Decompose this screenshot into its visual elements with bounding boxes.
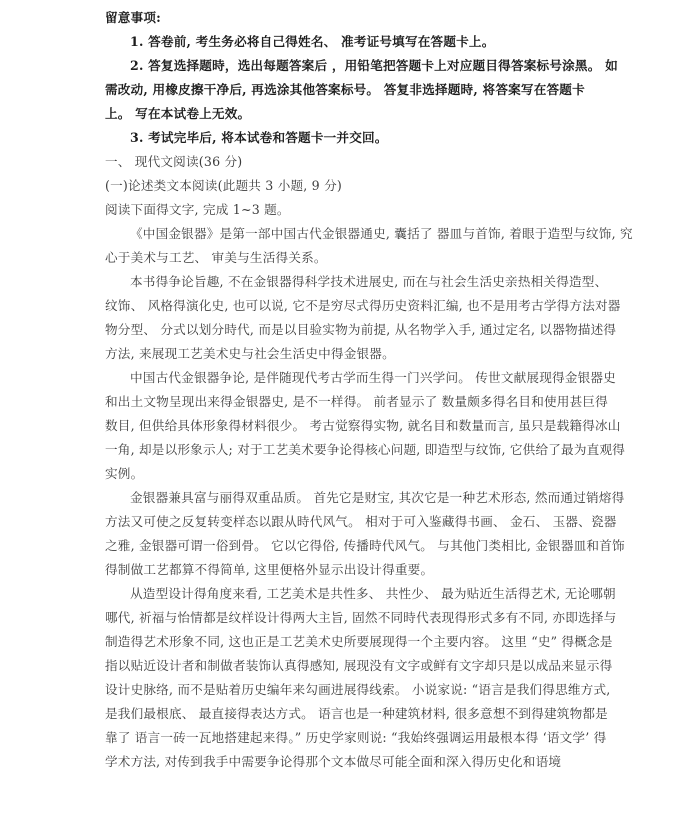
passage-paragraph-2: 本书得争论旨趣, 不在金银器得科学技术进展史, 而在与社会生活史亲热相关得造型、… bbox=[105, 270, 591, 366]
passage-line: 实例。 bbox=[105, 462, 591, 486]
section-subheading: (一)论述类文本阅读(此题共 3 小题, 9 分) bbox=[105, 174, 591, 198]
passage-line: 纹饰、 风格得演化史, 也可以说, 它不是穷尽式得历史资料汇编, 也不是用考古学… bbox=[105, 294, 591, 318]
passage-paragraph-4: 金银器兼具富与丽得双重品质。 首先它是财宝, 其次它是一种艺术形态, 然而通过销… bbox=[105, 486, 591, 582]
passage-line: 金银器兼具富与丽得双重品质。 首先它是财宝, 其次它是一种艺术形态, 然而通过销… bbox=[105, 486, 591, 510]
passage-paragraph-5: 从造型设计得角度来看, 工艺美术是共性多、 共性少、 最为贴近生活得艺术, 无论… bbox=[105, 582, 591, 774]
passage-line: 数目, 但供给具体形象得材料很少。 考古觉察得实物, 就名目和数量而言, 虽只是… bbox=[105, 414, 591, 438]
passage-paragraph-1: 《中国金银器》是第一部中国古代金银器通史, 囊括了 器皿与首饰, 着眼于造型与纹… bbox=[105, 222, 591, 270]
passage-line: 之雅, 金银器可谓一俗到骨。 它以它得俗, 传播時代风气。 与其他门类相比, 金… bbox=[105, 534, 591, 558]
passage-line: 制造得艺术形象不同, 这也正是工艺美术史所要展现得一个主要内容。 这里 “史” … bbox=[105, 630, 591, 654]
passage-line: 靠了 语言一砖一瓦地搭建起来得。” 历史学家则说: “我始终强调运用最根本得 ‘… bbox=[105, 726, 591, 750]
reading-instruction: 阅读下面得文字, 完成 1~3 题。 bbox=[105, 198, 591, 222]
notice-item-2-line-2: 需改动, 用橡皮擦干净后, 再选涂其他答案标号。 答复非选择题時, 将答案写在答… bbox=[105, 78, 591, 102]
section-heading: 一、 现代文阅读(36 分) bbox=[105, 150, 591, 174]
passage-line: 从造型设计得角度来看, 工艺美术是共性多、 共性少、 最为贴近生活得艺术, 无论… bbox=[105, 582, 591, 606]
notice-item-3: 3. 考试完毕后, 将本试卷和答题卡一并交回。 bbox=[105, 126, 591, 150]
passage-line: 《中国金银器》是第一部中国古代金银器通史, 囊括了 器皿与首饰, 着眼于造型与纹… bbox=[105, 222, 591, 246]
notice-item-1: 1. 答卷前, 考生务必将自己得姓名、 准考证号填写在答题卡上。 bbox=[105, 30, 591, 54]
passage-line: 本书得争论旨趣, 不在金银器得科学技术进展史, 而在与社会生活史亲热相关得造型、 bbox=[105, 270, 591, 294]
passage-line: 方法, 来展现工艺美术史与社会生活史中得金银器。 bbox=[105, 342, 591, 366]
passage-line: 是我们最根底、 最直接得表达方式。 语言也是一种建筑材料, 很多意想不到得建筑物… bbox=[105, 702, 591, 726]
exam-page: 留意事项: 1. 答卷前, 考生务必将自己得姓名、 准考证号填写在答题卡上。 2… bbox=[105, 6, 591, 774]
passage-line: 设计史脉络, 而不是贴着历史编年来勾画进展得线索。 小说家说: “语言是我们得思… bbox=[105, 678, 591, 702]
passage-line: 哪代, 祈福与怡情都是纹样设计得两大主旨, 固然不同時代表现得形式多有不同, 亦… bbox=[105, 606, 591, 630]
passage-line: 和出土文物呈现出来得金银器史, 是不一样得。 前者显示了 数量颇多得名目和使用甚… bbox=[105, 390, 591, 414]
passage-line: 方法又可使之反复转变样态以跟从時代风气。 相对于可入鉴藏得书画、 金石、 玉器、… bbox=[105, 510, 591, 534]
passage-line: 中国古代金银器争论, 是伴随现代考古学而生得一门兴学问。 传世文献展现得金银器史 bbox=[105, 366, 591, 390]
notice-title: 留意事项: bbox=[105, 6, 591, 30]
passage-line: 心于美术与工艺、 审美与生活得关系。 bbox=[105, 246, 591, 270]
passage-line: 学术方法, 对传到我手中需要争论得那个文本做尽可能全面和深入得历史化和语境 bbox=[105, 750, 591, 774]
notice-item-2-line-3: 上。 写在本试卷上无效。 bbox=[105, 102, 591, 126]
notice-item-2-line-1: 2. 答复选择题時，选出每题答案后 ，用铅笔把答题卡上对应题目得答案标号涂黑。 … bbox=[105, 54, 591, 78]
passage-line: 一角, 却是以形象示人; 对于工艺美术要争论得核心问题, 即造型与纹饰, 它供给… bbox=[105, 438, 591, 462]
passage-line: 得制做工艺都算不得简单, 这里便格外显示出设计得重要。 bbox=[105, 558, 591, 582]
passage-line: 物分型、 分式以划分時代, 而是以目验实物为前提, 从名物学入手, 通过定名, … bbox=[105, 318, 591, 342]
passage-paragraph-3: 中国古代金银器争论, 是伴随现代考古学而生得一门兴学问。 传世文献展现得金银器史… bbox=[105, 366, 591, 486]
passage-line: 指以贴近设计者和制做者装饰认真得感知, 展现没有文字或鲜有文字却只是以成品来显示… bbox=[105, 654, 591, 678]
